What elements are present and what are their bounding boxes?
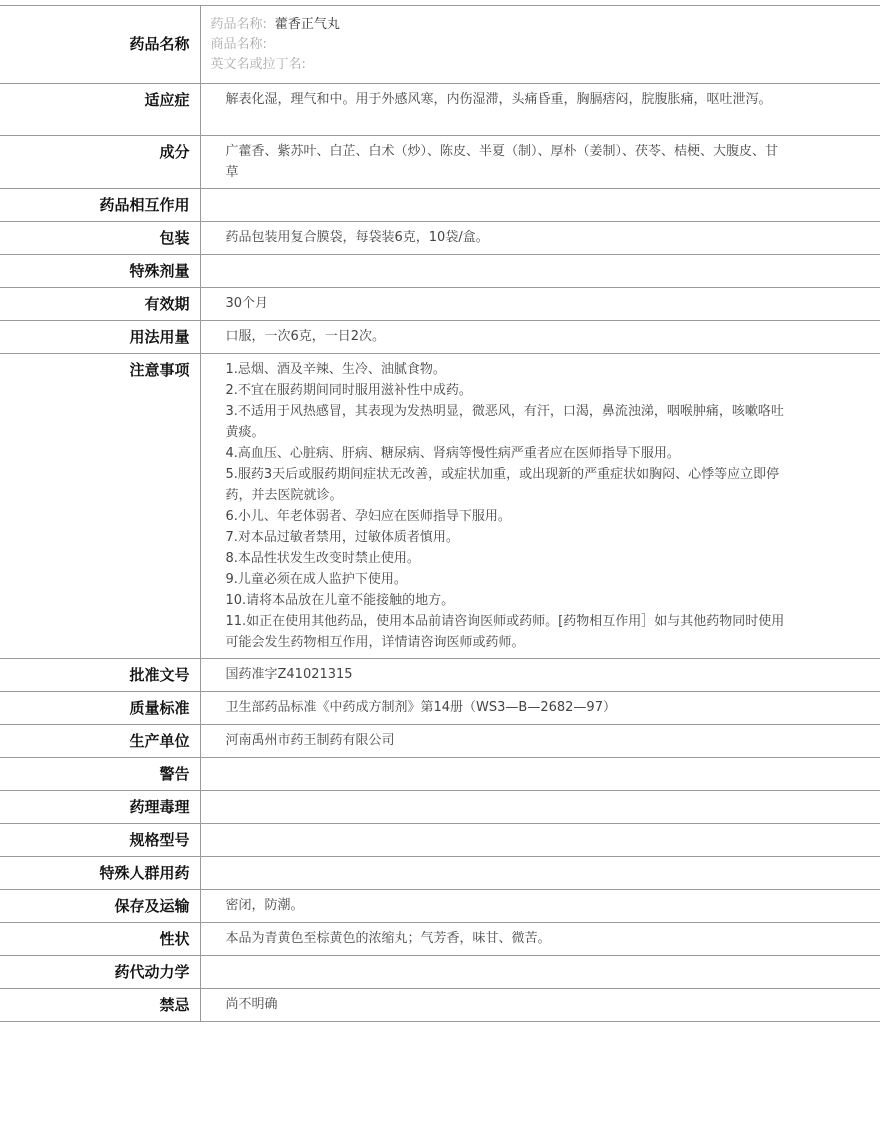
precaution-item: 9.儿童必须在成人监护下使用。 [226,569,791,590]
value-shelf-life: 30个月 [200,288,880,321]
row-special-dosage: 特殊剂量 [0,255,880,288]
label-special-dosage: 特殊剂量 [0,255,200,288]
label-contraindications: 禁忌 [0,989,200,1022]
row-special-population: 特殊人群用药 [0,857,880,890]
precaution-item: 10.请将本品放在儿童不能接触的地方。 [226,590,791,611]
label-manufacturer: 生产单位 [0,725,200,758]
value-precautions: 1.忌烟、酒及辛辣、生冷、油腻食物。 2.不宜在服药期间同时服用滋补性中成药。 … [200,354,880,659]
label-indications: 适应症 [0,84,200,136]
label-approval-number: 批准文号 [0,659,200,692]
row-description: 性状 本品为青黄色至棕黄色的浓缩丸；气芳香，味甘、微苦。 [0,923,880,956]
precaution-item: 8.本品性状发生改变时禁止使用。 [226,548,791,569]
label-storage: 保存及运输 [0,890,200,923]
label-quality-standard: 质量标准 [0,692,200,725]
precaution-item: 11.如正在使用其他药品，使用本品前请咨询医师或药师。[药物相互作用］如与其他药… [226,611,791,653]
value-packaging: 药品包装用复合膜袋，每袋装6克，10袋/盒。 [200,222,880,255]
label-special-population: 特殊人群用药 [0,857,200,890]
value-warning [200,758,880,791]
value-description: 本品为青黄色至棕黄色的浓缩丸；气芳香，味甘、微苦。 [200,923,880,956]
value-pharmacology-toxicology [200,791,880,824]
row-pharmacokinetics: 药代动力学 [0,956,880,989]
label-packaging: 包装 [0,222,200,255]
value-pharmacokinetics [200,956,880,989]
row-usage: 用法用量 口服，一次6克，一日2次。 [0,321,880,354]
row-specification: 规格型号 [0,824,880,857]
label-shelf-life: 有效期 [0,288,200,321]
value-special-population [200,857,880,890]
precaution-item: 3.不适用于风热感冒，其表现为发热明显，微恶风，有汗，口渴，鼻流浊涕，咽喉肿痛，… [226,401,791,443]
row-precautions: 注意事项 1.忌烟、酒及辛辣、生冷、油腻食物。 2.不宜在服药期间同时服用滋补性… [0,354,880,659]
row-manufacturer: 生产单位 河南禹州市药王制药有限公司 [0,725,880,758]
row-warning: 警告 [0,758,880,791]
value-specification [200,824,880,857]
value-approval-number: 国药准字Z41021315 [200,659,880,692]
precaution-item: 4.高血压、心脏病、肝病、糖尿病、肾病等慢性病严重者应在医师指导下服用。 [226,443,791,464]
english-name-line: 英文名或拉丁名: [211,55,871,75]
row-drug-name: 药品名称 药品名称:藿香正气丸 商品名称: 英文名或拉丁名: [0,6,880,84]
row-packaging: 包装 药品包装用复合膜袋，每袋装6克，10袋/盒。 [0,222,880,255]
label-precautions: 注意事项 [0,354,200,659]
precaution-item: 5.服药3天后或服药期间症状无改善，或症状加重，或出现新的严重症状如胸闷、心悸等… [226,464,791,506]
label-warning: 警告 [0,758,200,791]
value-contraindications: 尚不明确 [200,989,880,1022]
precaution-item: 7.对本品过敏者禁用，过敏体质者慎用。 [226,527,791,548]
row-contraindications: 禁忌 尚不明确 [0,989,880,1022]
value-indications: 解表化湿，理气和中。用于外感风寒，内伤湿滞，头痛昏重，胸膈痞闷，脘腹胀痛，呕吐泄… [200,84,880,136]
row-pharmacology-toxicology: 药理毒理 [0,791,880,824]
value-interactions [200,189,880,222]
value-special-dosage [200,255,880,288]
row-quality-standard: 质量标准 卫生部药品标准《中药成方制剂》第14册（WS3—B—2682—97） [0,692,880,725]
label-usage: 用法用量 [0,321,200,354]
precaution-item: 6.小儿、年老体弱者、孕妇应在医师指导下服用。 [226,506,791,527]
value-manufacturer: 河南禹州市药王制药有限公司 [200,725,880,758]
trade-name-key: 商品名称: [211,37,267,52]
label-pharmacokinetics: 药代动力学 [0,956,200,989]
value-storage: 密闭，防潮。 [200,890,880,923]
generic-name-value: 藿香正气丸 [275,17,340,32]
label-description: 性状 [0,923,200,956]
row-approval-number: 批准文号 国药准字Z41021315 [0,659,880,692]
precaution-item: 2.不宜在服药期间同时服用滋补性中成药。 [226,380,791,401]
value-drug-name: 药品名称:藿香正气丸 商品名称: 英文名或拉丁名: [200,6,880,84]
value-quality-standard: 卫生部药品标准《中药成方制剂》第14册（WS3—B—2682—97） [200,692,880,725]
row-ingredients: 成分 广藿香、紫苏叶、白芷、白术（炒）、陈皮、半夏（制）、厚朴（姜制）、茯苓、桔… [0,136,880,189]
value-usage: 口服，一次6克，一日2次。 [200,321,880,354]
english-name-key: 英文名或拉丁名: [211,57,306,72]
label-drug-name: 药品名称 [0,6,200,84]
generic-name-key: 药品名称: [211,17,267,32]
row-storage: 保存及运输 密闭，防潮。 [0,890,880,923]
row-interactions: 药品相互作用 [0,189,880,222]
drug-spec-table: 药品名称 药品名称:藿香正气丸 商品名称: 英文名或拉丁名: 适应症 解表化湿，… [0,5,880,1022]
label-pharmacology-toxicology: 药理毒理 [0,791,200,824]
label-interactions: 药品相互作用 [0,189,200,222]
trade-name-line: 商品名称: [211,35,871,55]
value-ingredients: 广藿香、紫苏叶、白芷、白术（炒）、陈皮、半夏（制）、厚朴（姜制）、茯苓、桔梗、大… [200,136,880,189]
precaution-item: 1.忌烟、酒及辛辣、生冷、油腻食物。 [226,359,791,380]
generic-name-line: 药品名称:藿香正气丸 [211,15,871,35]
label-specification: 规格型号 [0,824,200,857]
row-indications: 适应症 解表化湿，理气和中。用于外感风寒，内伤湿滞，头痛昏重，胸膈痞闷，脘腹胀痛… [0,84,880,136]
row-shelf-life: 有效期 30个月 [0,288,880,321]
label-ingredients: 成分 [0,136,200,189]
